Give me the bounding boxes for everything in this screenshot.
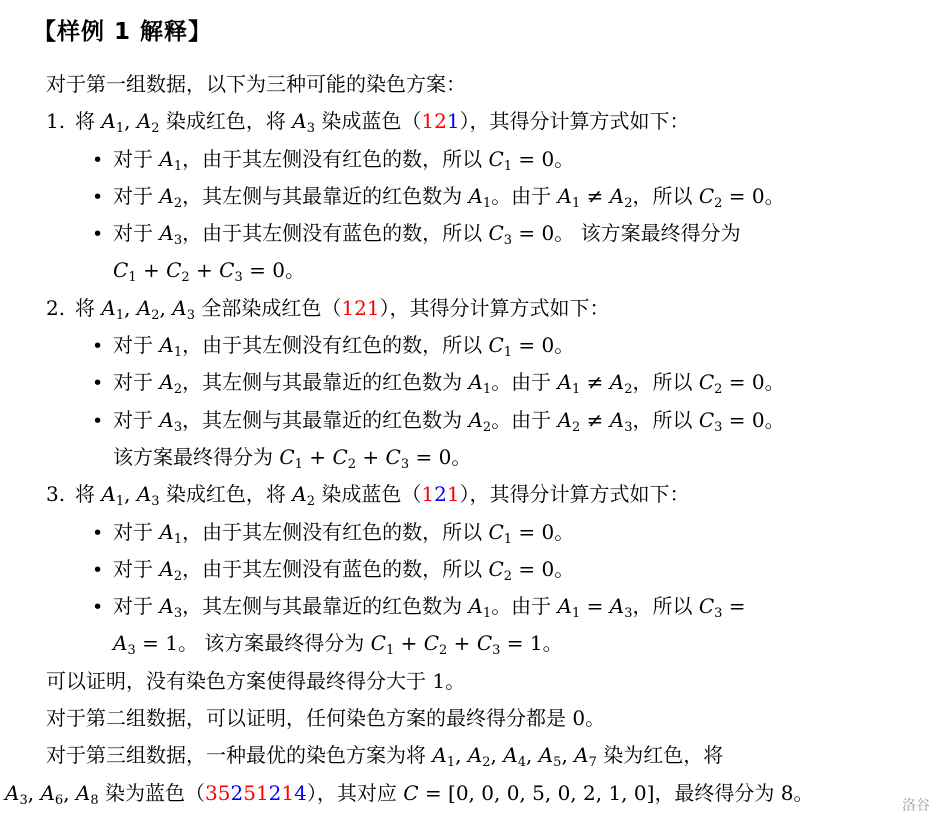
paragraph-wrap-line: A3, A6, A8 染为蓝色（35251214），其对应 C = [0, 0,… xyxy=(0,775,939,812)
math-run: + xyxy=(303,445,332,469)
text-run: 对于第三组数据，一种最优的染色方案为将 xyxy=(46,743,432,767)
bullet-item: •对于 A2，其左侧与其最靠近的红色数为 A1。由于 A1 ≠ A2，所以 C2… xyxy=(0,178,939,215)
text-run: 。 xyxy=(765,370,785,394)
text-run: ，所以 xyxy=(633,184,699,208)
math-run: A xyxy=(610,370,624,394)
text-run: 对于 xyxy=(113,184,159,208)
text-run: 。 xyxy=(554,147,574,171)
text-run: 对于 xyxy=(113,370,159,394)
math-run: 1 xyxy=(295,457,303,472)
math-run: A xyxy=(558,370,572,394)
colored-digit: 2 xyxy=(269,781,282,805)
math-run: A xyxy=(159,520,173,544)
text-run: 。 xyxy=(451,445,471,469)
text-run: ，由于其左侧没有红色的数，所以 xyxy=(182,520,488,544)
math-run: , xyxy=(63,781,76,805)
math-run: A xyxy=(503,743,517,767)
colored-digit: 1 xyxy=(341,296,354,320)
math-run: C xyxy=(219,258,234,282)
text-run: 。 xyxy=(554,333,574,357)
text-run: 对于 xyxy=(113,594,159,618)
enum-number-label: 3. xyxy=(46,476,75,513)
bullet-item: •对于 A3，其左侧与其最靠近的红色数为 A2。由于 A2 ≠ A3，所以 C3… xyxy=(0,402,939,439)
math-run: 1 xyxy=(116,121,124,136)
math-run: ≠ xyxy=(580,370,609,394)
text-run: ，由于其左侧没有蓝色的数，所以 xyxy=(182,557,488,581)
math-run: + xyxy=(447,631,476,655)
math-run: 2 xyxy=(482,755,490,770)
math-run: A xyxy=(101,482,115,506)
text-run: 。 xyxy=(554,520,574,544)
math-run: 2 xyxy=(174,196,182,211)
text-run: ，其左侧与其最靠近的红色数为 xyxy=(182,408,468,432)
math-run: A xyxy=(539,743,553,767)
math-run: A xyxy=(292,482,306,506)
bullet-icon: • xyxy=(92,552,113,589)
bullet-item: •对于 A2，其左侧与其最靠近的红色数为 A1。由于 A1 ≠ A2，所以 C2… xyxy=(0,364,939,401)
text-run: 染成红色，将 xyxy=(160,109,293,133)
math-run: A xyxy=(159,557,173,581)
math-run: 1 xyxy=(504,345,512,360)
text-run: 将 xyxy=(75,482,101,506)
text-run: 对于 xyxy=(113,557,159,581)
math-run: A xyxy=(159,408,173,432)
colored-digit: 2 xyxy=(434,109,447,133)
math-run: 6 xyxy=(55,793,63,808)
math-run: 3 xyxy=(174,606,182,621)
document-page: 【样例 1 解释】 对于第一组数据，以下为三种可能的染色方案：1.将 A1, A… xyxy=(0,0,939,828)
math-run: 2 xyxy=(174,382,182,397)
math-run: 8 xyxy=(90,793,98,808)
text-run: 可以证明，没有染色方案使得最终得分大于 xyxy=(46,669,432,693)
math-run: = 0 xyxy=(722,408,764,432)
text-run: ，由于其左侧没有蓝色的数，所以 xyxy=(182,221,488,245)
text-run: ，其左侧与其最靠近的红色数为 xyxy=(182,594,468,618)
bullet-icon: • xyxy=(92,589,113,626)
math-run: A xyxy=(159,333,173,357)
math-run: = 1 xyxy=(136,631,178,655)
bullet-icon: • xyxy=(92,216,113,253)
math-run: , xyxy=(160,296,173,320)
math-run: + xyxy=(394,631,423,655)
text-run: 染成红色，将 xyxy=(160,482,293,506)
math-run: A xyxy=(159,147,173,171)
numbered-item: 1.将 A1, A2 染成红色，将 A3 染成蓝色（121），其得分计算方式如下… xyxy=(0,103,939,140)
math-run: = [0, 0, 0, 5, 0, 2, 1, 0] xyxy=(419,781,655,805)
math-run: = 0 xyxy=(512,221,554,245)
bullet-icon: • xyxy=(92,365,113,402)
math-run: 2 xyxy=(151,308,159,323)
bullet-item: •对于 A2，由于其左侧没有蓝色的数，所以 C2 = 0。 xyxy=(0,551,939,588)
math-run: 2 xyxy=(151,121,159,136)
text-run: ，由于其左侧没有红色的数，所以 xyxy=(182,147,488,171)
math-run: C xyxy=(488,520,503,544)
math-run: 1 xyxy=(116,308,124,323)
text-run: ，其左侧与其最靠近的红色数为 xyxy=(182,370,468,394)
math-run: A xyxy=(40,781,54,805)
bullet-icon: • xyxy=(92,142,113,179)
colored-digit: 1 xyxy=(421,482,434,506)
math-run: A xyxy=(5,781,19,805)
text-run: 。 xyxy=(585,706,605,730)
math-run: 1 xyxy=(128,270,136,285)
math-run: 2 xyxy=(181,270,189,285)
colored-digit: 1 xyxy=(367,296,380,320)
math-run: A xyxy=(468,743,482,767)
math-run: 1 xyxy=(504,159,512,174)
math-run: ≠ xyxy=(580,408,609,432)
text-run: 。由于 xyxy=(491,594,557,618)
text-run: 该方案最终得分为 xyxy=(113,445,279,469)
math-run: = 0 xyxy=(243,258,285,282)
text-run: 。由于 xyxy=(491,370,557,394)
continuation-line: C1 + C2 + C3 = 0。 xyxy=(0,252,939,289)
math-run: A xyxy=(113,631,127,655)
math-run: 3 xyxy=(174,420,182,435)
text-run: 全部染成红色（ xyxy=(195,296,341,320)
math-run: 3 xyxy=(187,308,195,323)
math-run: 1 xyxy=(174,345,182,360)
math-run: + xyxy=(137,258,166,282)
math-run: A xyxy=(610,408,624,432)
math-run: = 0 xyxy=(722,184,764,208)
math-run: , xyxy=(28,781,41,805)
math-run: = xyxy=(722,594,745,618)
math-run: A xyxy=(172,296,186,320)
math-run: C xyxy=(279,445,294,469)
math-run: 1 xyxy=(483,606,491,621)
math-run: C xyxy=(166,258,181,282)
text-run: 对于 xyxy=(113,408,159,432)
paragraph-line: 对于第三组数据，一种最优的染色方案为将 A1, A2, A4, A5, A7 染… xyxy=(0,737,939,774)
math-run: 1 xyxy=(447,755,455,770)
colored-digit: 5 xyxy=(243,781,256,805)
math-run: C xyxy=(386,445,401,469)
math-run: A xyxy=(76,781,90,805)
continuation-line: A3 = 1。 该方案最终得分为 C1 + C2 + C3 = 1。 xyxy=(0,625,939,662)
colored-digit: 1 xyxy=(447,109,460,133)
math-run: A xyxy=(137,109,151,133)
math-run: C xyxy=(488,147,503,171)
math-run: 1 xyxy=(432,669,445,693)
math-run: C xyxy=(371,631,386,655)
math-run: C xyxy=(699,594,714,618)
text-run: 。 xyxy=(445,669,465,693)
text-run: 染成蓝色（ xyxy=(315,109,421,133)
math-run: 3 xyxy=(624,606,632,621)
text-run: 将 xyxy=(75,109,101,133)
text-run: ），其得分计算方式如下： xyxy=(380,296,610,320)
document-body: 对于第一组数据，以下为三种可能的染色方案：1.将 A1, A2 染成红色，将 A… xyxy=(0,66,939,812)
math-run: 2 xyxy=(307,494,315,509)
colored-digit: 2 xyxy=(230,781,243,805)
math-run: A xyxy=(468,594,482,618)
math-run: 1 xyxy=(174,532,182,547)
bullet-item: •对于 A1，由于其左侧没有红色的数，所以 C1 = 0。 xyxy=(0,514,939,551)
math-run: 1 xyxy=(116,494,124,509)
numbered-item: 3.将 A1, A3 染成红色，将 A2 染成蓝色（121），其得分计算方式如下… xyxy=(0,476,939,513)
math-run: , xyxy=(491,743,504,767)
text-run: 。 该方案最终得分为 xyxy=(554,221,740,245)
page-title: 【样例 1 解释】 xyxy=(33,13,212,46)
text-run: ），其得分计算方式如下： xyxy=(460,482,690,506)
math-run: 1 xyxy=(483,196,491,211)
math-run: 3 xyxy=(19,793,27,808)
math-run: 2 xyxy=(504,569,512,584)
math-run: 0 xyxy=(572,706,585,730)
text-run: 。 xyxy=(765,408,785,432)
math-run: A xyxy=(137,296,151,320)
math-run: A xyxy=(468,184,482,208)
luogu-watermark: 洛谷 xyxy=(902,795,930,815)
colored-digit: 4 xyxy=(294,781,307,805)
math-run: 3 xyxy=(234,270,242,285)
math-run: C xyxy=(332,445,347,469)
math-run: 7 xyxy=(589,755,597,770)
text-run: ，由于其左侧没有红色的数，所以 xyxy=(182,333,488,357)
math-run: A xyxy=(101,296,115,320)
math-run: C xyxy=(699,408,714,432)
math-run: 2 xyxy=(483,420,491,435)
math-run: , xyxy=(124,109,137,133)
math-run: + xyxy=(190,258,219,282)
math-run: C xyxy=(424,631,439,655)
math-run: A xyxy=(558,594,572,618)
math-run: C xyxy=(403,781,418,805)
colored-digit: 1 xyxy=(421,109,434,133)
text-run: 。 xyxy=(285,258,305,282)
text-run: 。 该方案最终得分为 xyxy=(178,631,371,655)
colored-digit: 5 xyxy=(218,781,231,805)
text-run: ），其得分计算方式如下： xyxy=(460,109,690,133)
text-run: 。由于 xyxy=(491,408,557,432)
continuation-line: 该方案最终得分为 C1 + C2 + C3 = 0。 xyxy=(0,439,939,476)
math-run: 8 xyxy=(781,781,794,805)
text-run: ），其对应 xyxy=(307,781,403,805)
math-run: 1 xyxy=(504,532,512,547)
math-run: = 0 xyxy=(722,370,764,394)
math-run: = 1 xyxy=(500,631,542,655)
math-run: A xyxy=(101,109,115,133)
text-run: 。 xyxy=(543,631,563,655)
math-run: A xyxy=(159,184,173,208)
bullet-icon: • xyxy=(92,403,113,440)
math-run: 3 xyxy=(151,494,159,509)
colored-digit: 1 xyxy=(281,781,294,805)
text-run: 染为蓝色（ xyxy=(99,781,205,805)
text-run: 对于第一组数据，以下为三种可能的染色方案： xyxy=(46,72,466,96)
bullet-icon: • xyxy=(92,179,113,216)
math-run: C xyxy=(488,333,503,357)
bullet-item: •对于 A1，由于其左侧没有红色的数，所以 C1 = 0。 xyxy=(0,327,939,364)
text-run: ，所以 xyxy=(633,408,699,432)
math-run: 2 xyxy=(624,196,632,211)
math-run: A xyxy=(432,743,446,767)
enum-number-label: 2. xyxy=(46,290,75,327)
math-run: = 0 xyxy=(512,333,554,357)
text-run: ，最终得分为 xyxy=(654,781,780,805)
bullet-icon: • xyxy=(92,328,113,365)
math-run: 3 xyxy=(401,457,409,472)
text-run: 对于 xyxy=(113,221,159,245)
text-run: 。由于 xyxy=(491,184,557,208)
text-run: 。 xyxy=(554,557,574,581)
paragraph-line: 对于第二组数据，可以证明，任何染色方案的最终得分都是 0。 xyxy=(0,700,939,737)
math-run: = 0 xyxy=(512,147,554,171)
math-run: A xyxy=(574,743,588,767)
text-run: 染为红色，将 xyxy=(597,743,723,767)
math-run: C xyxy=(477,631,492,655)
math-run: 3 xyxy=(174,233,182,248)
math-run: A xyxy=(610,184,624,208)
math-run: 1 xyxy=(483,382,491,397)
text-run: 对于 xyxy=(113,147,159,171)
math-run: A xyxy=(159,221,173,245)
math-run: ≠ xyxy=(580,184,609,208)
text-run: 。 xyxy=(765,184,785,208)
math-run: A xyxy=(468,408,482,432)
colored-digit: 1 xyxy=(447,482,460,506)
math-run: 2 xyxy=(624,382,632,397)
text-run: ，所以 xyxy=(633,370,699,394)
text-run: 对于 xyxy=(113,520,159,544)
math-run: C xyxy=(488,557,503,581)
math-run: 2 xyxy=(174,569,182,584)
colored-digit: 2 xyxy=(354,296,367,320)
math-run: 3 xyxy=(504,233,512,248)
paragraph-line: 可以证明，没有染色方案使得最终得分大于 1。 xyxy=(0,663,939,700)
bullet-item: •对于 A1，由于其左侧没有红色的数，所以 C1 = 0。 xyxy=(0,141,939,178)
text-run: 对于第二组数据，可以证明，任何染色方案的最终得分都是 xyxy=(46,706,572,730)
math-run: , xyxy=(526,743,539,767)
math-run: A xyxy=(558,408,572,432)
bullet-item: •对于 A3，由于其左侧没有蓝色的数，所以 C3 = 0。 该方案最终得分为 xyxy=(0,215,939,252)
math-run: 1 xyxy=(386,643,394,658)
text-run: 对于 xyxy=(113,333,159,357)
math-run: + xyxy=(356,445,385,469)
enum-number-label: 1. xyxy=(46,103,75,140)
math-run: 1 xyxy=(174,159,182,174)
bullet-icon: • xyxy=(92,515,113,552)
math-run: 2 xyxy=(348,457,356,472)
math-run: 3 xyxy=(307,121,315,136)
math-run: C xyxy=(699,184,714,208)
math-run: , xyxy=(124,296,137,320)
math-run: C xyxy=(488,221,503,245)
math-run: C xyxy=(699,370,714,394)
math-run: , xyxy=(124,482,137,506)
math-run: C xyxy=(113,258,128,282)
colored-digit: 3 xyxy=(205,781,218,805)
text-run: 染成蓝色（ xyxy=(315,482,421,506)
text-run: 。 xyxy=(794,781,814,805)
math-run: , xyxy=(561,743,574,767)
text-run: 将 xyxy=(75,296,101,320)
math-run: A xyxy=(159,370,173,394)
math-run: 3 xyxy=(127,643,135,658)
text-run: ，所以 xyxy=(633,594,699,618)
math-run: = 0 xyxy=(512,557,554,581)
math-run: A xyxy=(558,184,572,208)
math-run: = 0 xyxy=(512,520,554,544)
math-run: A xyxy=(468,370,482,394)
math-run: 3 xyxy=(624,420,632,435)
colored-digit: 1 xyxy=(256,781,269,805)
math-run: A xyxy=(137,482,151,506)
math-run: = 0 xyxy=(409,445,451,469)
math-run: = xyxy=(580,594,609,618)
paragraph-line: 对于第一组数据，以下为三种可能的染色方案： xyxy=(0,66,939,103)
math-run: , xyxy=(455,743,468,767)
bullet-item: •对于 A3，其左侧与其最靠近的红色数为 A1。由于 A1 = A3，所以 C3… xyxy=(0,588,939,625)
math-run: A xyxy=(292,109,306,133)
colored-digit: 2 xyxy=(434,482,447,506)
math-run: 4 xyxy=(518,755,526,770)
numbered-item: 2.将 A1, A2, A3 全部染成红色（121），其得分计算方式如下： xyxy=(0,290,939,327)
math-run: A xyxy=(159,594,173,618)
math-run: A xyxy=(610,594,624,618)
text-run: ，其左侧与其最靠近的红色数为 xyxy=(182,184,468,208)
